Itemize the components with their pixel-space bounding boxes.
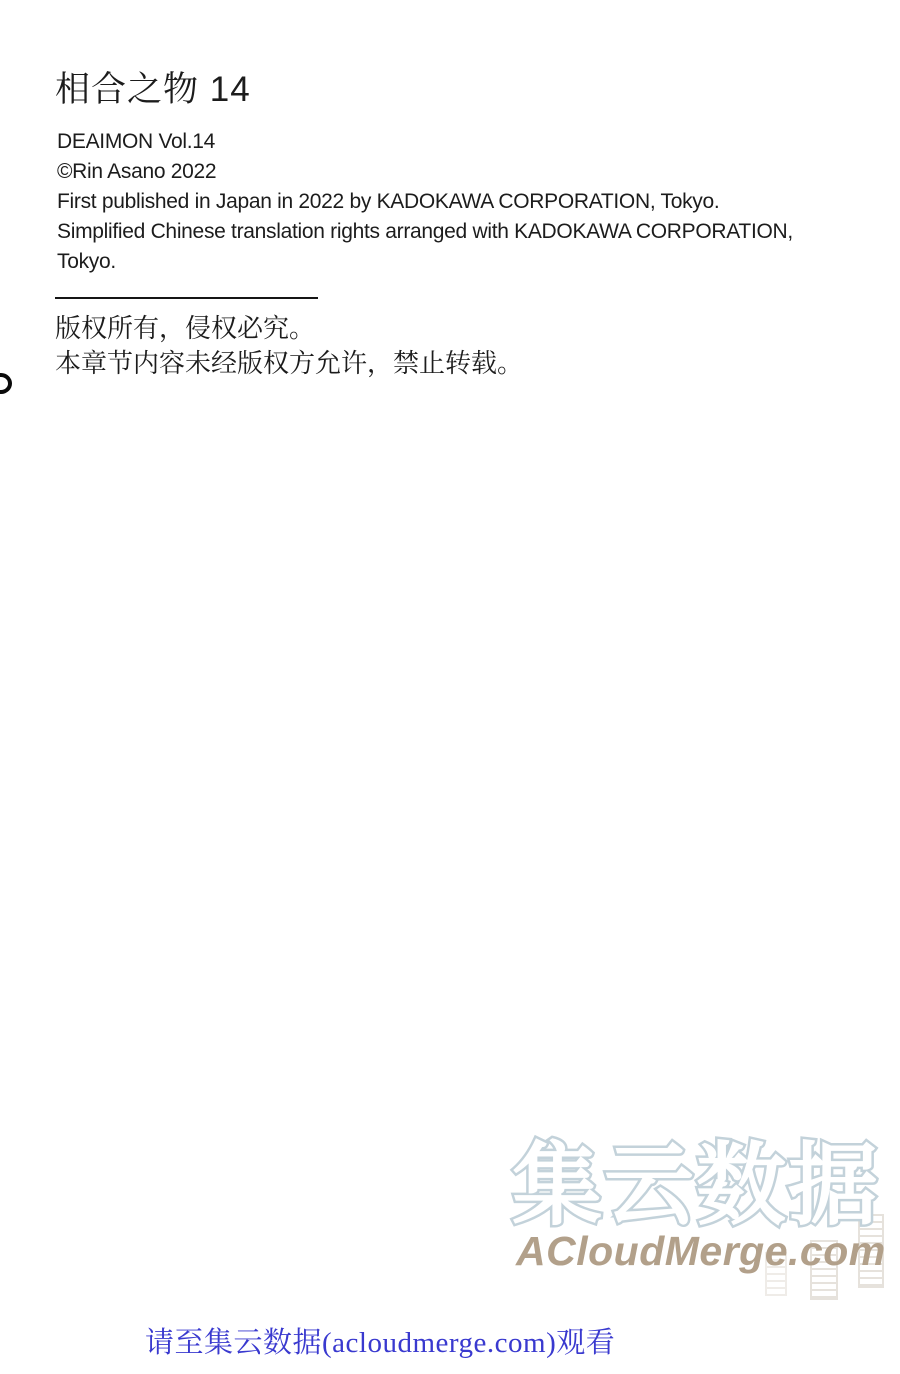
watermark-brand-cjk: 集云数据 xyxy=(512,1136,880,1236)
footer-site-link[interactable]: 请至集云数据(acloudmerge.com)观看 xyxy=(145,1326,615,1360)
rights-notice-line: 本章节内容未经版权方允许，禁止转载。 xyxy=(55,346,523,381)
copyright-line-publisher: First published in Japan in 2022 by KADO… xyxy=(57,187,897,217)
rights-notice-line: 版权所有，侵权必究。 xyxy=(55,311,523,346)
copyright-line-translation: Simplified Chinese translation rights ar… xyxy=(57,217,897,247)
divider-line xyxy=(55,297,318,299)
copyright-line-volume: DEAIMON Vol.14 xyxy=(57,127,897,157)
copyright-line-city: Tokyo. xyxy=(57,247,897,277)
copyright-block: DEAIMON Vol.14 ©Rin Asano 2022 First pub… xyxy=(57,127,897,277)
manga-copyright-page: 相合之物 14 DEAIMON Vol.14 ©Rin Asano 2022 F… xyxy=(0,0,900,1374)
rights-notice-block: 版权所有，侵权必究。 本章节内容未经版权方允许，禁止转载。 xyxy=(55,311,523,381)
left-edge-artifact xyxy=(0,373,12,394)
watermark-brand-url: ACloudMerge.com xyxy=(516,1230,886,1272)
copyright-line-author: ©Rin Asano 2022 xyxy=(57,157,897,187)
site-watermark: 集云数据 ACloudMerge.com xyxy=(510,1136,900,1306)
page-title: 相合之物 14 xyxy=(55,62,251,112)
